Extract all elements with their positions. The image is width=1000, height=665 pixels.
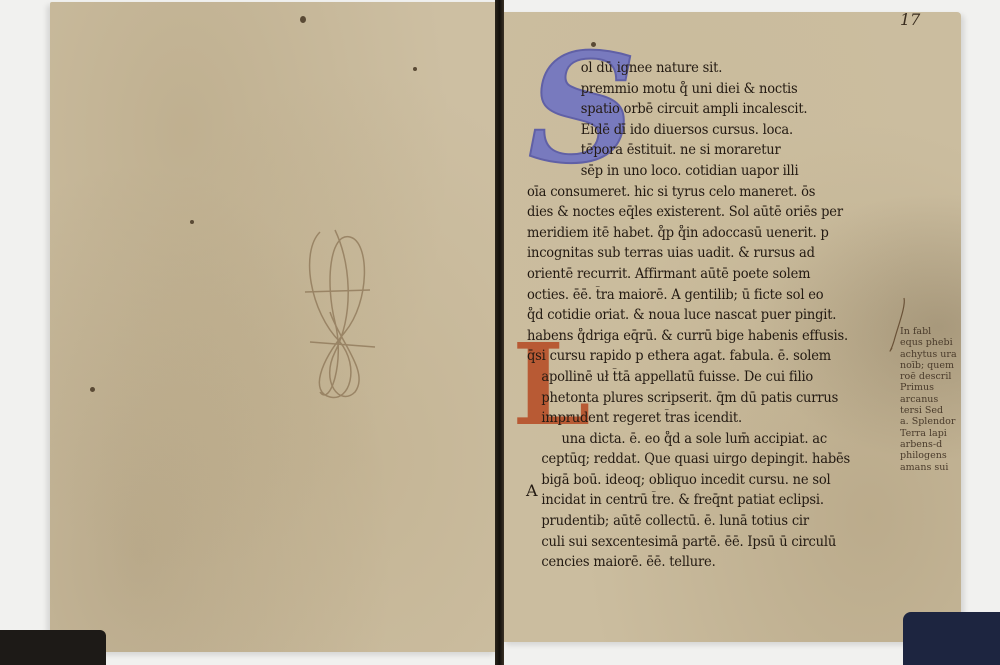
text-line: phetonta plures scripserit. q̄m dū patis… <box>527 388 882 409</box>
book-gutter <box>495 0 504 665</box>
text-line: dies & noctes eq̄les existerent. Sol aūt… <box>527 202 882 223</box>
text-line: meridiem itē habet. q̊p q̊in adoccasū ue… <box>527 223 882 244</box>
gloss-line: achytus ura <box>900 349 958 360</box>
stain <box>190 220 194 224</box>
text-line: incidat in centrū t̄re. & freq̄nt patiat… <box>527 490 882 511</box>
text-line: ol dū ignee nature sit. <box>527 58 882 79</box>
text-line: Eidē dī ido diuersos cursus. loca. <box>527 120 882 141</box>
text-line: orientē recurrit. Affirmant aūtē poete s… <box>527 264 882 285</box>
text-line: ceptūq; reddat. Que quasi uirgo depingit… <box>527 449 882 470</box>
gloss-line: equs phebi <box>900 337 958 348</box>
stain <box>90 387 95 392</box>
book-clamp-right <box>903 612 1000 665</box>
text-line: culi sui sexcentesimā partē. ēē. Ipsū ū … <box>527 532 882 553</box>
manuscript-text: ol dū ignee nature sit. premmio motu q̊ … <box>527 58 897 573</box>
gloss-line: In fabl <box>900 326 958 337</box>
text-line: bigā boū. ideoq; obliquo incedit cursu. … <box>527 470 882 491</box>
gloss-line: arbens-d <box>900 439 958 450</box>
gloss-line: a. Splendor <box>900 416 958 427</box>
text-line: una dicta. ē. eo q̊d a sole lum̄ accipia… <box>527 429 882 450</box>
marginal-gloss: In fabl equs phebi achytus ura noīb; que… <box>900 326 958 473</box>
stain <box>300 16 306 23</box>
text-line: q̄si cursu rapido p ethera agat. fabula.… <box>527 346 882 367</box>
gloss-line: tersi Sed <box>900 405 958 416</box>
gloss-line: roē descril <box>900 371 958 382</box>
text-line: octies. ēē. t̄ra maiorē. A gentilib; ū f… <box>527 285 882 306</box>
text-line: habens q̊driga eq̄rū. & currū bige haben… <box>527 326 882 347</box>
text-line: q̊d cotidie oriat. & noua luce nascat pu… <box>527 305 882 326</box>
left-leaf <box>50 2 497 652</box>
text-line: imprudent regeret t̄ras icendit. <box>527 408 882 429</box>
gloss-line: Terra lapi <box>900 428 958 439</box>
text-line: apollinē uł t̄tā appellatū fuisse. De cu… <box>527 367 882 388</box>
manuscript-photo: 17 S L A ol dū ignee nature sit. premmio… <box>0 0 1000 665</box>
text-line: premmio motu q̊ uni diei & noctis <box>527 79 882 100</box>
stain <box>413 67 417 71</box>
text-line: spatio orbē circuit ampli incalescit. <box>527 99 882 120</box>
text-line: prudentib; aūtē collectū. ē. lunā totius… <box>527 511 882 532</box>
text-line: oīa consumeret. hic si tyrus celo manere… <box>527 182 882 203</box>
text-line: incognitas sub terras uias uadit. & rurs… <box>527 243 882 264</box>
gloss-line: amans sui <box>900 462 958 473</box>
gloss-line: arcanus <box>900 394 958 405</box>
gloss-line: Primus <box>900 382 958 393</box>
folio-number: 17 <box>900 10 920 29</box>
pencil-flourish-drawing <box>290 222 390 412</box>
text-line: cencies maiorē. ēē. tellure. <box>527 552 882 573</box>
text-line: sēp in uno loco. cotidian uapor illi <box>527 161 882 182</box>
gloss-line: noīb; quem <box>900 360 958 371</box>
book-clamp-left <box>0 630 106 665</box>
gloss-line: philogens <box>900 450 958 461</box>
text-line: tēpora ēstituit. ne si moraretur <box>527 140 882 161</box>
